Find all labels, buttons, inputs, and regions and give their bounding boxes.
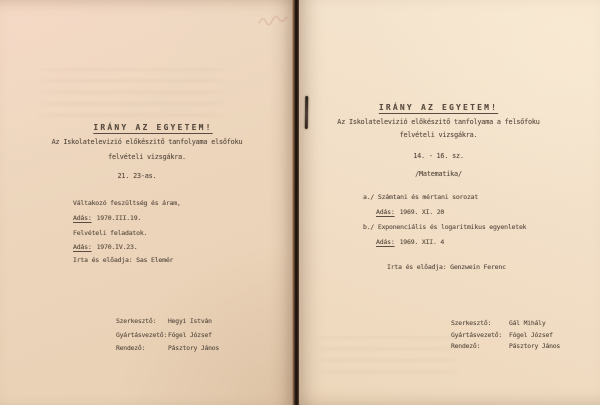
list-item-a: a./ Számtani és mértani sorozat [363, 193, 478, 201]
bleed-through-ghosting [313, 336, 463, 376]
page-title: IRÁNY AZ EGYETEM! [311, 103, 566, 112]
topic-line: Felvételi feladatok. [73, 229, 147, 237]
credit-row: Gyártásvezető: Fógel József [451, 331, 560, 339]
broadcast-date-line: Adás:1969. XII. 4 [376, 238, 444, 246]
page-subtitle-line2: felvételi vizsgákra. [303, 131, 574, 139]
credit-person: Pásztory János [168, 344, 219, 352]
broadcast-date-label: Adás: [376, 238, 395, 246]
bleed-through-ghosting [35, 68, 231, 120]
credit-person: Fógel József [168, 331, 212, 339]
credit-person: Fógel József [509, 331, 553, 339]
page-subtitle-line2: felvételi vizsgákra. [10, 153, 284, 161]
left-page: IRÁNY AZ EGYETEM! Az Iskolatelevizió elő… [0, 0, 293, 405]
broadcast-date-value: 1969. XI. 20 [400, 208, 445, 216]
broadcast-date-label: Adás: [73, 243, 92, 251]
subject-line: /Matematika/ [311, 170, 566, 178]
page-subtitle-line1: Az Iskolatelevizió előkészitő tanfolyama… [303, 118, 574, 126]
pencil-mark [256, 11, 290, 29]
broadcast-date-line: Adás:1969. XI. 20 [376, 208, 444, 216]
author-line: Irta és előadja: Sas Elemér [73, 256, 173, 264]
credit-person: Pásztory János [509, 342, 560, 350]
credit-row: Rendező: Pásztory János [451, 342, 560, 350]
credit-row: Rendező: Pásztory János [116, 344, 219, 352]
credit-role: Gyártásvezető: [451, 331, 509, 339]
topic-line: Váltakozó feszültség és áram, [73, 199, 181, 207]
episode-number: 21. 23-as. [10, 172, 264, 180]
broadcast-date-line: Adás:1970.IV.23. [73, 243, 137, 251]
author-line: Irta és előadja: Genzwein Ferenc [387, 263, 506, 271]
credit-row: Szerkesztő: Gál Mihály [451, 319, 560, 327]
page-subtitle-line1: Az Iskolatelevizió előkészitő tanfolyama… [10, 138, 284, 146]
credit-role: Gyártásvezető: [116, 331, 168, 339]
credit-row: Szerkesztő: Hegyi István [116, 317, 219, 325]
credit-role: Rendező: [451, 342, 509, 350]
broadcast-date-line: Adás:1970.III.19. [73, 214, 141, 222]
credit-person: Gál Mihály [509, 319, 545, 327]
credit-role: Rendező: [116, 344, 168, 352]
credits-block: Szerkesztő: Hegyi István Gyártásvezető: … [116, 317, 219, 358]
broadcast-date-value: 1970.IV.23. [97, 243, 138, 251]
credit-row: Gyártásvezető: Fógel József [116, 331, 219, 339]
broadcast-date-value: 1969. XII. 4 [400, 238, 445, 246]
credit-person: Hegyi István [168, 317, 212, 325]
credit-role: Szerkesztő: [116, 317, 168, 325]
episode-number: 14. - 16. sz. [311, 152, 566, 160]
broadcast-date-label: Adás: [376, 208, 395, 216]
broadcast-date-label: Adás: [73, 214, 92, 222]
broadcast-date-value: 1970.III.19. [97, 214, 142, 222]
page-title: IRÁNY AZ EGYETEM! [28, 123, 278, 132]
credits-block: Szerkesztő: Gál Mihály Gyártásvezető: Fó… [451, 319, 560, 354]
credit-role: Szerkesztő: [451, 319, 509, 327]
scanned-document: IRÁNY AZ EGYETEM! Az Iskolatelevizió elő… [0, 0, 600, 405]
right-page: IRÁNY AZ EGYETEM! Az Iskolatelevizió elő… [299, 0, 600, 405]
list-item-b: b./ Exponenciális és logaritmikus egyenl… [363, 223, 526, 231]
